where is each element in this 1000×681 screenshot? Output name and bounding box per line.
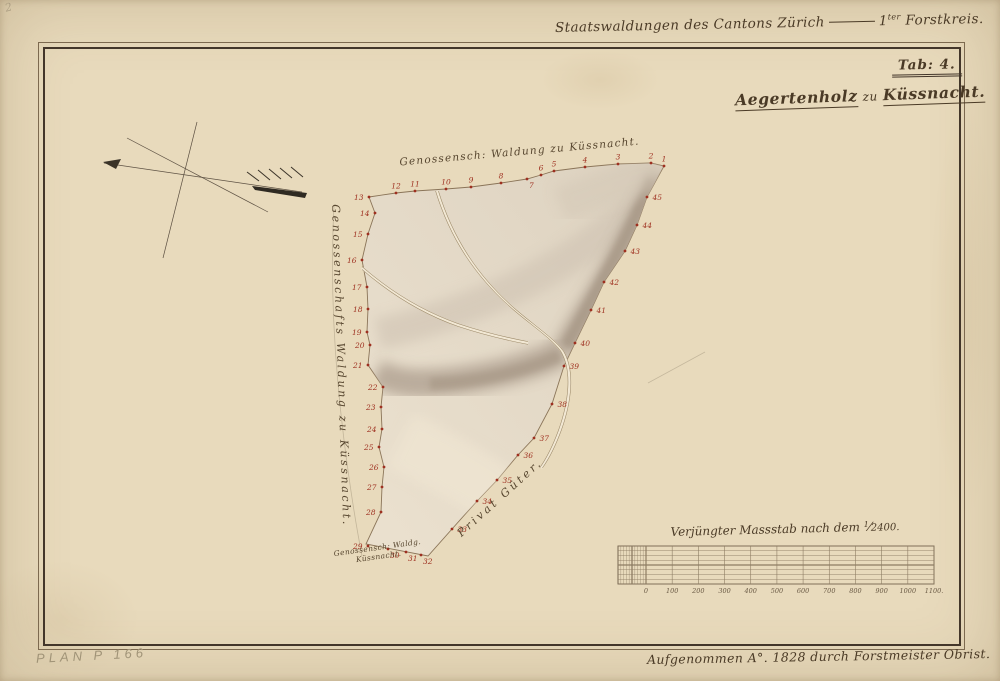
svg-text:44: 44 xyxy=(642,221,653,230)
svg-text:37: 37 xyxy=(540,434,550,443)
svg-text:32: 32 xyxy=(423,557,433,566)
svg-text:3: 3 xyxy=(616,153,621,162)
arrow-fletching xyxy=(247,167,303,181)
svg-text:27: 27 xyxy=(366,483,377,492)
scale-fraction-numerator: 1 xyxy=(864,520,869,529)
map-title-name: Aegertenholz xyxy=(734,86,857,111)
series-ordinal-suffix: ter xyxy=(888,12,901,21)
map-title-zu: zu xyxy=(862,89,878,104)
svg-text:12: 12 xyxy=(391,182,401,191)
svg-text:1: 1 xyxy=(662,155,667,164)
svg-text:13: 13 xyxy=(354,193,364,202)
svg-text:21: 21 xyxy=(352,361,363,370)
svg-text:16: 16 xyxy=(347,256,357,265)
svg-text:17: 17 xyxy=(352,283,362,292)
svg-text:42: 42 xyxy=(609,278,620,287)
series-district: Forstkreis. xyxy=(906,11,984,29)
svg-text:11: 11 xyxy=(410,180,420,189)
svg-text:200: 200 xyxy=(691,587,704,595)
svg-text:400: 400 xyxy=(744,587,757,595)
svg-text:2: 2 xyxy=(648,152,654,161)
svg-text:900: 900 xyxy=(875,587,887,595)
svg-text:28: 28 xyxy=(365,508,376,517)
svg-text:300: 300 xyxy=(718,587,730,595)
svg-text:7: 7 xyxy=(529,181,534,190)
svg-text:38: 38 xyxy=(558,400,568,409)
scale-fraction-denominator: 2400. xyxy=(871,522,900,534)
svg-text:18: 18 xyxy=(353,305,363,314)
pencil-stroke xyxy=(648,352,705,383)
svg-text:43: 43 xyxy=(630,247,641,256)
svg-text:45: 45 xyxy=(652,193,663,202)
svg-text:14: 14 xyxy=(360,209,370,218)
svg-text:41: 41 xyxy=(596,306,607,315)
svg-text:600: 600 xyxy=(797,587,809,595)
svg-text:5: 5 xyxy=(552,160,557,169)
svg-text:26: 26 xyxy=(368,463,379,472)
svg-text:25: 25 xyxy=(363,443,374,452)
svg-text:100: 100 xyxy=(666,587,678,595)
svg-text:24: 24 xyxy=(366,425,377,434)
scale-bar: 010020030040050060070080090010001100. xyxy=(618,546,943,595)
north-arrow xyxy=(103,122,307,258)
svg-text:500: 500 xyxy=(771,587,783,595)
map-title-place: Küssnacht. xyxy=(882,82,985,107)
svg-text:8: 8 xyxy=(499,172,504,181)
arrowhead xyxy=(103,159,121,169)
series-title-dash xyxy=(829,20,875,22)
svg-text:6: 6 xyxy=(539,164,544,173)
tab-label: Tab: 4. xyxy=(892,56,962,77)
svg-text:23: 23 xyxy=(365,403,376,412)
svg-text:700: 700 xyxy=(823,587,835,595)
svg-text:10: 10 xyxy=(441,178,451,187)
svg-text:39: 39 xyxy=(570,362,580,371)
svg-text:1100.: 1100. xyxy=(925,587,944,595)
svg-text:19: 19 xyxy=(352,328,362,337)
svg-text:4: 4 xyxy=(582,156,588,165)
arrow-blade xyxy=(252,186,307,198)
svg-text:800: 800 xyxy=(849,587,861,595)
svg-text:22: 22 xyxy=(367,383,378,392)
svg-text:9: 9 xyxy=(469,176,474,185)
svg-text:0: 0 xyxy=(644,587,648,595)
scale-tick-labels: 010020030040050060070080090010001100. xyxy=(644,587,943,595)
svg-text:20: 20 xyxy=(354,341,365,350)
svg-text:40: 40 xyxy=(580,339,591,348)
svg-text:1000: 1000 xyxy=(900,587,917,595)
svg-text:15: 15 xyxy=(353,230,363,239)
